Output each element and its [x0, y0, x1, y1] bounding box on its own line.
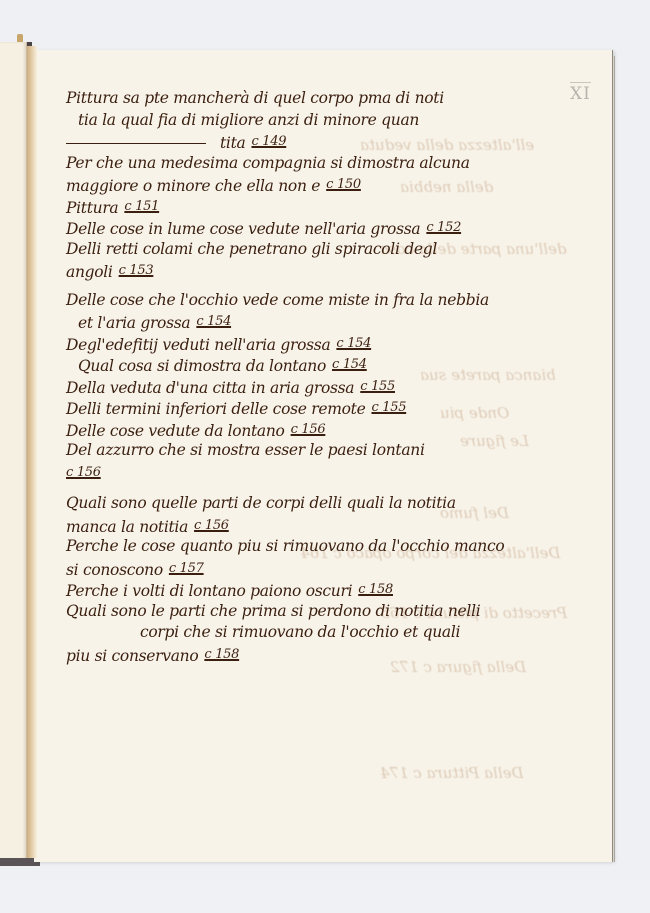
text-line: Delli retti colami che penetrano gli spi… [66, 239, 556, 261]
page-reference: c 154 [336, 336, 371, 351]
page-reference: c 156 [194, 518, 229, 533]
text-line: Qual cosa si dimostra da lontanoc 154 [66, 354, 556, 376]
text-line: Perche le cose quanto piu si rimuovano d… [66, 536, 556, 558]
text-line: Delle cose in lume cose vedute nell'aria… [66, 217, 556, 239]
page-reference: c 156 [66, 465, 101, 480]
text-line: maggiore o minore che ella non ec 150 [66, 174, 556, 196]
text-line: Delli termini inferiori delle cose remot… [66, 397, 556, 419]
manuscript-text: Pittura sa pte mancherà di quel corpo pm… [66, 88, 556, 665]
text-line: Delle cose vedute da lontanoc 156 [66, 419, 556, 441]
text-line: angolic 153 [66, 260, 556, 282]
text-line: tia la qual fia di migliore anzi di mino… [66, 110, 556, 132]
text-line: Pittura sa pte mancherà di quel corpo pm… [66, 88, 556, 110]
text-line: Pitturac 151 [66, 196, 556, 218]
text-line: piu si conservanoc 158 [66, 644, 556, 666]
page-reference: c 155 [371, 400, 406, 415]
text-line: corpi che si rimuovano da l'occhio et qu… [66, 622, 556, 644]
page-reference: c 158 [204, 647, 239, 662]
page-reference: c 156 [291, 422, 326, 437]
page-reference: c 157 [169, 561, 204, 576]
text-line: Perche i volti di lontano paiono oscuric… [66, 579, 556, 601]
text-line: Della veduta d'una citta in aria grossac… [66, 376, 556, 398]
page-reference: c 149 [251, 134, 286, 149]
page-reference: c 151 [124, 199, 159, 214]
text-line: Per che una medesima compagnia si dimost… [66, 153, 556, 175]
text-line: et l'aria grossac 154 [66, 311, 556, 333]
text-line: Quali sono le parti che prima si perdono… [66, 601, 556, 623]
underline-rule [66, 143, 206, 144]
page-reference: c 152 [426, 220, 461, 235]
text-line: si conosconoc 157 [66, 558, 556, 580]
facing-page-edge [0, 42, 27, 860]
background [0, 880, 650, 913]
folio-number: XI [570, 82, 591, 104]
page-reference: c 154 [196, 314, 231, 329]
text-line: manca la notitiac 156 [66, 515, 556, 537]
page-reference: c 150 [326, 177, 361, 192]
page-reference: c 154 [332, 357, 367, 372]
page-gutter [27, 46, 37, 858]
page-reference: c 153 [119, 263, 154, 278]
text-line: Quali sono quelle parti de corpi delli q… [66, 493, 556, 515]
ink-bleed-through: Della Pittura c 174 [380, 764, 524, 782]
text-line: Delle cose che l'occhio vede come miste … [66, 290, 556, 312]
text-line: c 156 [66, 462, 556, 484]
text-line: Degl'edefitij veduti nell'aria grossac 1… [66, 333, 556, 355]
text-line: Del azzurro che si mostra esser le paesi… [66, 440, 556, 462]
page-reference: c 155 [360, 379, 395, 394]
page-reference: c 158 [358, 582, 393, 597]
text-line: titac 149 [66, 131, 556, 153]
